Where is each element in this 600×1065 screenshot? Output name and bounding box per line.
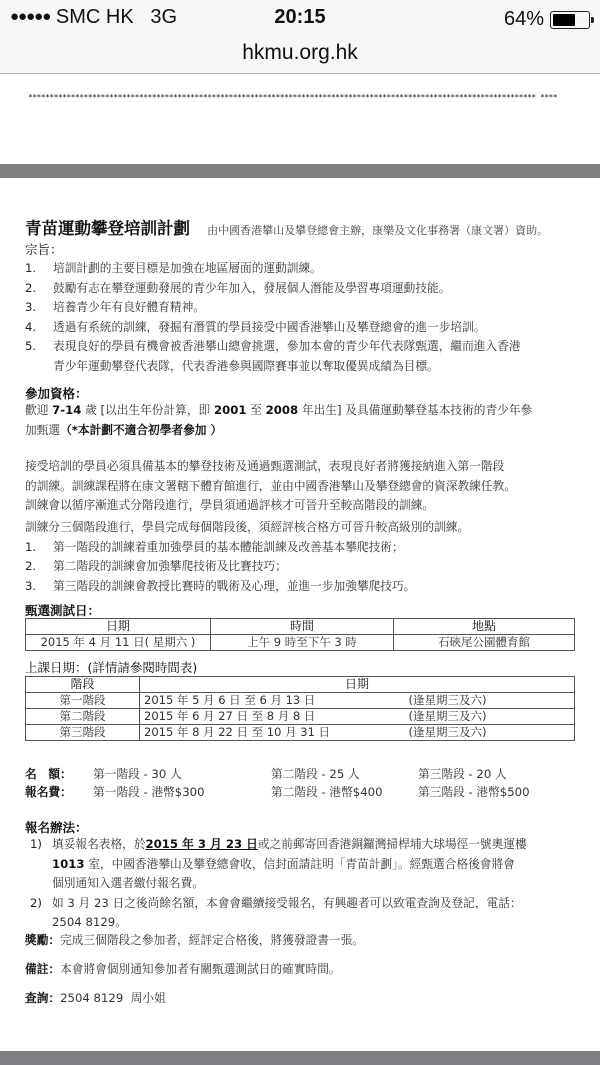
aim-item-continued: 青少年運動攀登代表隊，代表香港參與國際賽事並以奪取優異成績為目標。 xyxy=(25,357,521,377)
program-title-row: 青苗運動攀登培訓計劃 由中國香港攀山及攀登總會主辦，康樂及文化事務署（康文署）資… xyxy=(25,215,548,239)
class-dates-heading: 上課日期：(詳情請參閱時間表) xyxy=(25,658,197,676)
stage-item: 1.第一階段的訓練着重加強學員的基本體能訓練及改善基本攀爬技術； xyxy=(25,538,469,558)
asterisk-divider: ****************************************… xyxy=(28,93,578,103)
aim-item: 5.表現良好的學員有機會被香港攀山總會挑選，參加本會的青少年代表隊甄選，繼而進入… xyxy=(25,337,521,357)
aim-item: 3.培養青少年有良好體育精神。 xyxy=(25,298,521,318)
table-header-row: 階段 日期 xyxy=(26,677,575,693)
status-bar: ●●●●● SMC HK 3G 20:15 64% xyxy=(0,0,600,40)
selection-test-heading: 甄選測試日： xyxy=(25,601,100,619)
address-bar[interactable]: hkmu.org.hk xyxy=(0,40,600,74)
selection-test-table: 日期 時間 地點 2015 年 4 月 11 日( 星期六 ) 上午 9 時至下… xyxy=(25,618,575,651)
battery-percent: 64% xyxy=(504,8,544,31)
program-title: 青苗運動攀登培訓計劃 xyxy=(25,219,190,238)
stage-item: 3.第三階段的訓練會教授比賽時的戰術及心理，並進一步加強攀爬技巧。 xyxy=(25,577,469,597)
award-row: 獎勵：完成三個階段之參加者，經評定合格後，將獲發證書一張。 xyxy=(25,931,364,951)
registration-heading: 報名辦法： xyxy=(25,818,88,836)
registration-list: 1)填妥報名表格，於2015 年 3 月 23 日或之前郵寄回香港銅鑼灣掃桿埔大… xyxy=(30,835,527,933)
battery-nub xyxy=(591,17,594,23)
top-gray-divider xyxy=(0,164,600,178)
aim-item: 1.培訓計劃的主要目標是加強在地區層面的運動訓練。 xyxy=(25,259,521,279)
eligibility-text: 歡迎 7-14 歲 [以出生年份計算，即 2001 至 2008 年出生] 及具… xyxy=(25,401,532,440)
fee-row: 報名費：第一階段 - 港幣$300第二階段 - 港幣$400第三階段 - 港幣$… xyxy=(25,783,530,803)
table-header-row: 日期 時間 地點 xyxy=(26,619,575,635)
stages-section: 訓練分三個階段進行，學員完成每個階段後，須經評核合格方可晉升較高級別的訓練。 1… xyxy=(25,518,469,596)
battery-fill xyxy=(553,14,575,26)
aim-item: 2.鼓勵有志在攀登運動發展的青少年加入，發展個人潛能及學習專項運動技能。 xyxy=(25,279,521,299)
battery-status: 64% xyxy=(504,8,590,31)
eligibility-heading: 參加資格： xyxy=(25,384,88,402)
aims-list: 1.培訓計劃的主要目標是加強在地區層面的運動訓練。 2.鼓勵有志在攀登運動發展的… xyxy=(25,259,521,376)
aims-heading: 宗旨： xyxy=(25,240,63,258)
bottom-gray-divider xyxy=(0,1051,600,1065)
enquiry-row: 查詢：2504 8129 周小姐 xyxy=(25,989,166,1009)
url-text[interactable]: hkmu.org.hk xyxy=(242,41,358,64)
beginner-note: （*本計劃不適合初學者參加 ） xyxy=(60,423,222,437)
remarks-row: 備註：本會將會個別通知參加者有關甄選測試日的確實時間。 xyxy=(25,960,341,980)
training-intro: 接受培訓的學員必須具備基本的攀登技術及通過甄選測試，表現良好者將獲接納進入第一階… xyxy=(25,457,516,516)
table-row: 第三階段 2015 年 8 月 22 日 至 10 月 31 日 (逢星期三及六… xyxy=(26,725,575,741)
aim-item: 4.透過有系統的訓練，發掘有潛質的學員接受中國香港攀山及攀登總會的進一步培訓。 xyxy=(25,318,521,338)
table-row: 2015 年 4 月 11 日( 星期六 ) 上午 9 時至下午 3 時 石硤尾… xyxy=(26,635,575,651)
table-row: 第二階段 2015 年 6 月 27 日 至 8 月 8 日 (逢星期三及六) xyxy=(26,709,575,725)
quota-row: 名 額：第一階段 - 30 人第二階段 - 25 人第三階段 - 20 人 xyxy=(25,765,507,785)
program-subtitle: 由中國香港攀山及攀登總會主辦，康樂及文化事務署（康文署）資助。 xyxy=(207,224,548,237)
table-row: 第一階段 2015 年 5 月 6 日 至 6 月 13 日 (逢星期三及六) xyxy=(26,693,575,709)
registration-deadline: 2015 年 3 月 23 日 xyxy=(146,837,258,851)
class-dates-table: 階段 日期 第一階段 2015 年 5 月 6 日 至 6 月 13 日 (逢星… xyxy=(25,676,575,741)
battery-icon xyxy=(550,11,590,29)
stage-item: 2.第二階段的訓練會加強攀爬技術及比賽技巧； xyxy=(25,557,469,577)
